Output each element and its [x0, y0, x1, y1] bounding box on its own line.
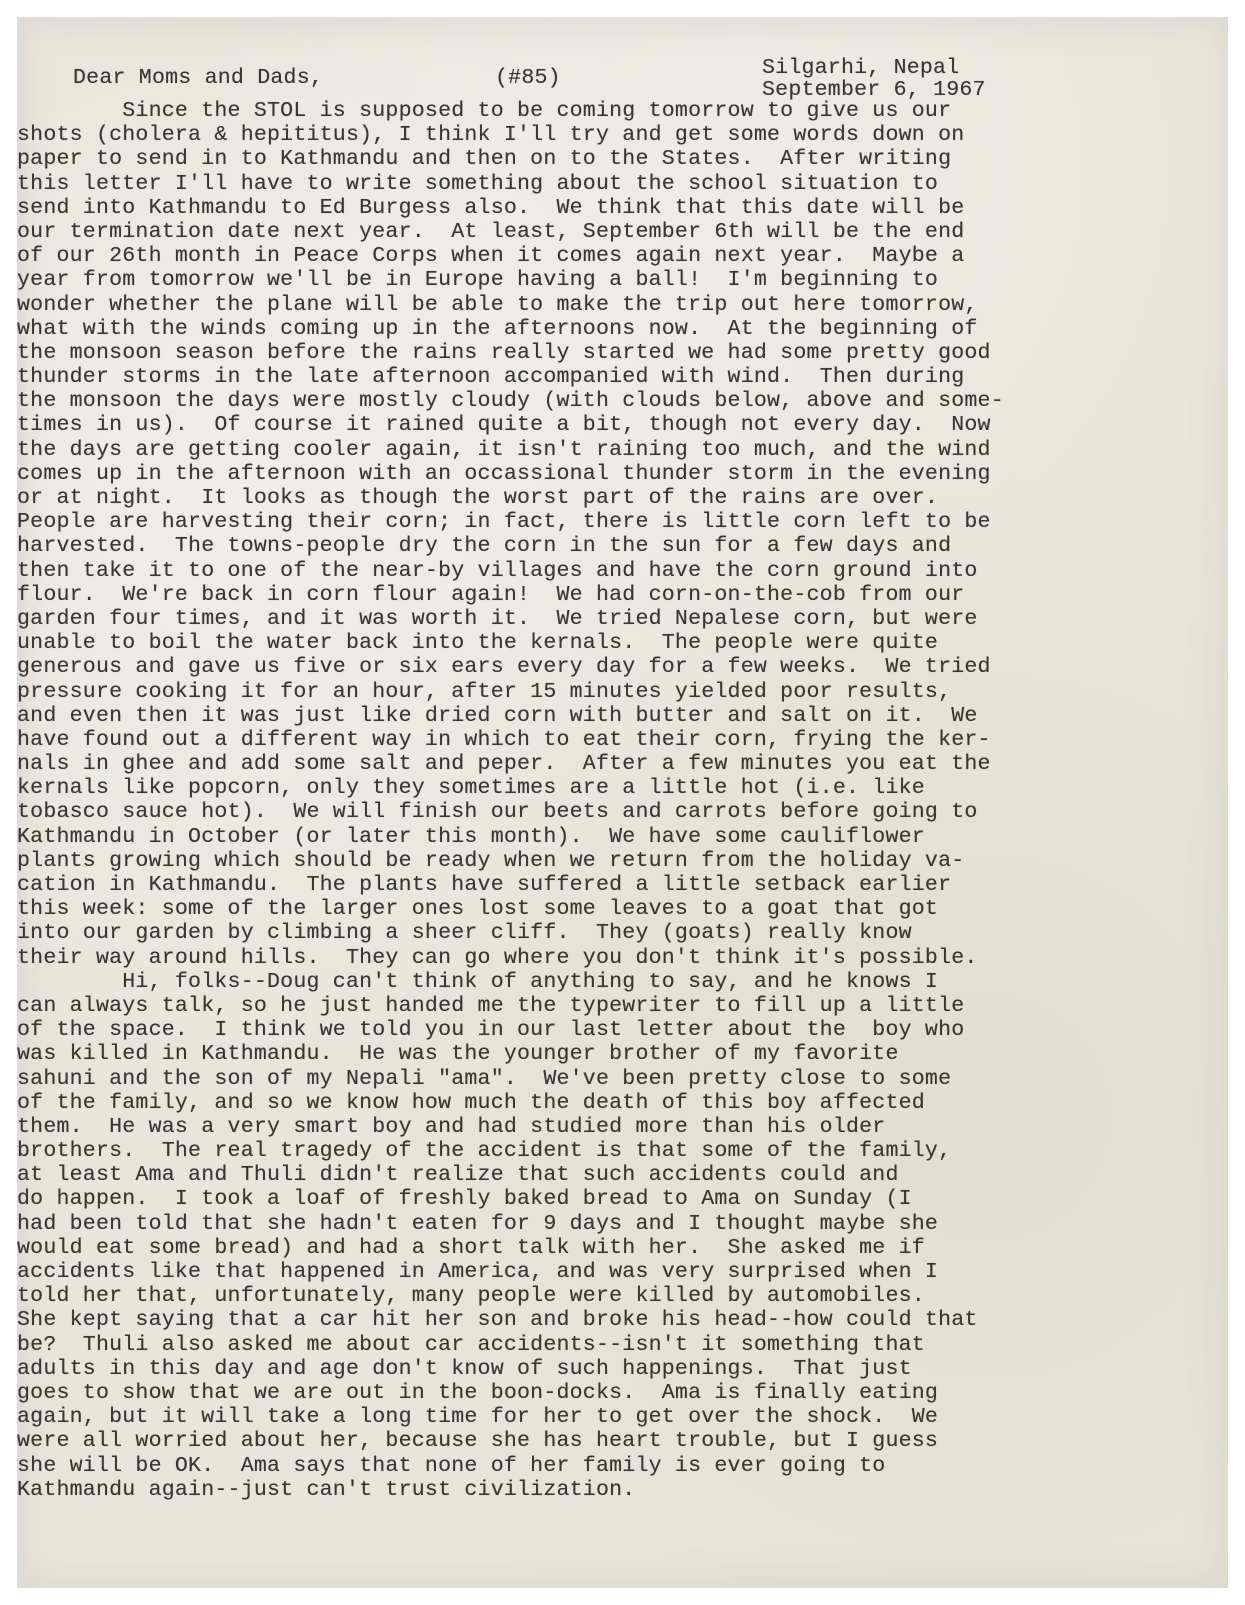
letter-line: cation in Kathmandu. The plants have suf… — [17, 873, 1217, 897]
letter-line: paper to send in to Kathmandu and then o… — [17, 147, 1217, 171]
letter-number: (#85) — [495, 67, 561, 90]
letter-line: do happen. I took a loaf of freshly bake… — [17, 1187, 1217, 1211]
letter-line: pressure cooking it for an hour, after 1… — [17, 680, 1217, 704]
letter-line: our termination date next year. At least… — [17, 220, 1217, 244]
letter-line: then take it to one of the near-by villa… — [17, 559, 1217, 583]
letter-line: accidents like that happened in America,… — [17, 1260, 1217, 1284]
letter-line: goes to show that we are out in the boon… — [17, 1381, 1217, 1405]
letter-line: harvested. The towns-people dry the corn… — [17, 534, 1217, 558]
letter-line: year from tomorrow we'll be in Europe ha… — [17, 268, 1217, 292]
letter-line: again, but it will take a long time for … — [17, 1405, 1217, 1429]
letter-line: the monsoon season before the rains real… — [17, 341, 1217, 365]
letter-line: flour. We're back in corn flour again! W… — [17, 583, 1217, 607]
letter-line: the days are getting cooler again, it is… — [17, 438, 1217, 462]
letter-line: into our garden by climbing a sheer clif… — [17, 921, 1217, 945]
letter-line: adults in this day and age don't know of… — [17, 1357, 1217, 1381]
letter-line: had been told that she hadn't eaten for … — [17, 1212, 1217, 1236]
letter-line: and even then it was just like dried cor… — [17, 704, 1217, 728]
letter-line: she will be OK. Ama says that none of he… — [17, 1454, 1217, 1478]
letter-line: have found out a different way in which … — [17, 728, 1217, 752]
sender-location: Silgarhi, Nepal — [762, 57, 959, 80]
letter-line: times in us). Of course it rained quite … — [17, 413, 1217, 437]
letter-line: at least Ama and Thuli didn't realize th… — [17, 1163, 1217, 1187]
letter-line: Since the STOL is supposed to be coming … — [17, 99, 1217, 123]
letter-line: Kathmandu in October (or later this mont… — [17, 825, 1217, 849]
letter-line: wonder whether the plane will be able to… — [17, 293, 1217, 317]
letter-line: of the space. I think we told you in our… — [17, 1018, 1217, 1042]
letter-line: were all worried about her, because she … — [17, 1429, 1217, 1453]
letter-line: tobasco sauce hot). We will finish our b… — [17, 800, 1217, 824]
letter-line: them. He was a very smart boy and had st… — [17, 1115, 1217, 1139]
letter-line: Hi, folks--Doug can't think of anything … — [17, 970, 1217, 994]
letter-line: of the family, and so we know how much t… — [17, 1091, 1217, 1115]
letter-body: Since the STOL is supposed to be coming … — [17, 99, 1217, 1502]
letter-line: sahuni and the son of my Nepali "ama". W… — [17, 1067, 1217, 1091]
letter-line: She kept saying that a car hit her son a… — [17, 1308, 1217, 1332]
letter-line: kernals like popcorn, only they sometime… — [17, 776, 1217, 800]
letter-line: be? Thuli also asked me about car accide… — [17, 1333, 1217, 1357]
letter-line: was killed in Kathmandu. He was the youn… — [17, 1042, 1217, 1066]
salutation: Dear Moms and Dads, — [73, 67, 323, 90]
letter-line: this letter I'll have to write something… — [17, 172, 1217, 196]
letter-line: garden four times, and it was worth it. … — [17, 607, 1217, 631]
letter-line: their way around hills. They can go wher… — [17, 946, 1217, 970]
letter-line: generous and gave us five or six ears ev… — [17, 655, 1217, 679]
letter-line: unable to boil the water back into the k… — [17, 631, 1217, 655]
letter-line: send into Kathmandu to Ed Burgess also. … — [17, 196, 1217, 220]
letter-line: People are harvesting their corn; in fac… — [17, 510, 1217, 534]
letter-line: or at night. It looks as though the wors… — [17, 486, 1217, 510]
letter-line: Kathmandu again--just can't trust civili… — [17, 1478, 1217, 1502]
letter-line: nals in ghee and add some salt and peper… — [17, 752, 1217, 776]
letter-line: comes up in the afternoon with an occass… — [17, 462, 1217, 486]
letter-line: what with the winds coming up in the aft… — [17, 317, 1217, 341]
letter-line: shots (cholera & hepititus), I think I'l… — [17, 123, 1217, 147]
letter-line: brothers. The real tragedy of the accide… — [17, 1139, 1217, 1163]
letter-line: of our 26th month in Peace Corps when it… — [17, 244, 1217, 268]
letter-line: this week: some of the larger ones lost … — [17, 897, 1217, 921]
letter-line: the monsoon the days were mostly cloudy … — [17, 389, 1217, 413]
letter-line: thunder storms in the late afternoon acc… — [17, 365, 1217, 389]
letter-line: would eat some bread) and had a short ta… — [17, 1236, 1217, 1260]
letter-line: told her that, unfortunately, many peopl… — [17, 1284, 1217, 1308]
letter-line: can always talk, so he just handed me th… — [17, 994, 1217, 1018]
letter-line: plants growing which should be ready whe… — [17, 849, 1217, 873]
